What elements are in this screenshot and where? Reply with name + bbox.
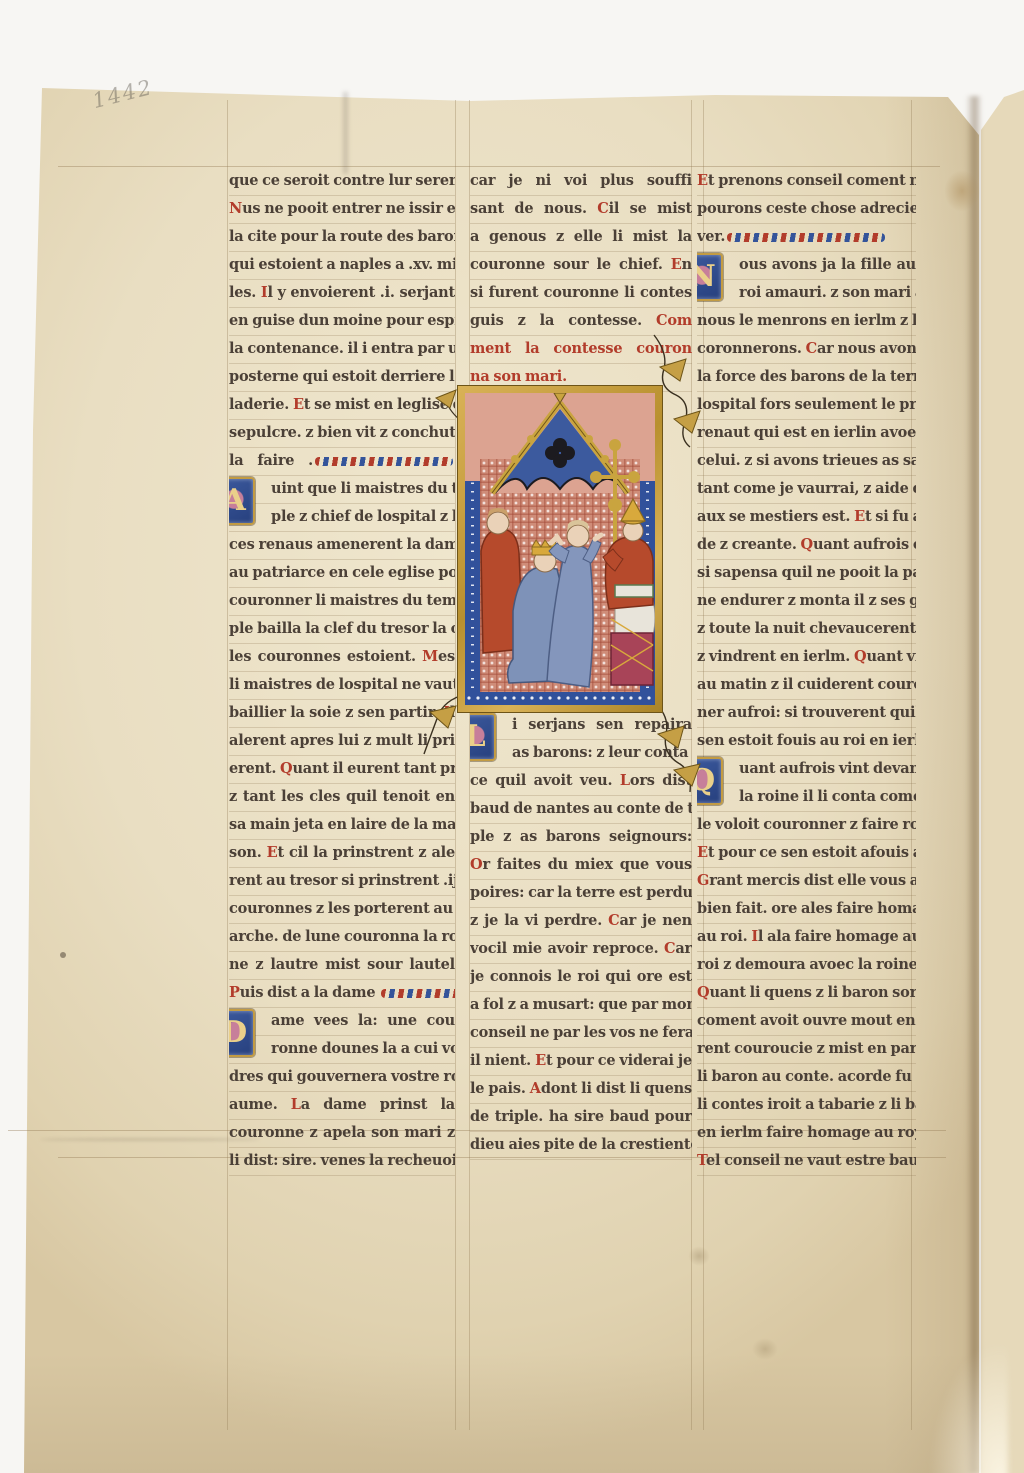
body-text: en guise dun moine pour espier — [229, 312, 455, 329]
manuscript-line: coment avoit ouvre mout en fu — [697, 1008, 916, 1036]
rubric-text: na son mari. — [470, 368, 567, 385]
manuscript-line: lospital fors seulement le prince — [697, 392, 916, 420]
body-text: t cil la prinstrent z ale — [277, 844, 455, 861]
body-text: uant li quens z li baron sorent — [709, 984, 916, 1001]
manuscript-line: son. Et cil la prinstrent z ale — [229, 840, 455, 868]
body-text: guis z la contesse. — [470, 312, 656, 329]
mitre-icon — [621, 499, 645, 524]
manuscript-line: couronne z apela son mari z — [229, 1120, 455, 1148]
stain — [688, 1246, 710, 1266]
rubric-text: A — [530, 1080, 541, 1097]
manuscript-line: ple bailla la clef du tresor la ou — [229, 616, 455, 644]
body-text: il nient. — [470, 1052, 535, 1069]
illuminated-initial: A — [229, 477, 255, 525]
body-text: ner aufroi: si trouverent quil — [697, 704, 916, 721]
manuscript-line: ces renaus amenerent la dame — [229, 532, 455, 560]
body-text: ar je nen — [619, 912, 692, 929]
text-column-1: que ce seroit contre lur seremsNus ne po… — [229, 168, 455, 1176]
rubric-text: E — [671, 256, 682, 273]
manuscript-line: li contes iroit a tabarie z li baro — [697, 1092, 916, 1120]
body-text: laderie. — [229, 396, 293, 413]
manuscript-line: couronne sour le chief. En — [470, 252, 692, 280]
figure-bishop — [603, 499, 655, 685]
body-text: tant come je vaurrai, z aide de — [697, 480, 916, 497]
body-text: li baron au conte. acorde fu que — [697, 1068, 916, 1085]
body-text: es — [438, 648, 455, 665]
manuscript-line: roi z demoura avoec la roine. — [697, 952, 916, 980]
body-text: z vindrent en ierlm. — [697, 648, 854, 665]
body-text: le voloit couronner z faire roi: — [697, 816, 916, 833]
line-filler-ornament — [315, 457, 453, 466]
manuscript-line: conseil ne par les vos ne fera — [470, 1020, 692, 1048]
coronation-miniature — [458, 386, 662, 712]
manuscript-line: li baron au conte. acorde fu que — [697, 1064, 916, 1092]
body-text: ne endurer z monta il z ses gens — [697, 592, 916, 609]
body-text: il se mist — [609, 200, 692, 217]
body-text: uant vint — [866, 648, 916, 665]
manuscript-line: nous le menrons en ierlm z le — [697, 308, 916, 336]
rubric-text: E — [697, 172, 708, 189]
body-text: couronner li maistres du tem — [229, 592, 455, 609]
manuscript-line: que ce seroit contre lur serems — [229, 168, 455, 196]
manuscript-photo: 1442 que ce seroit contre lur seremsNus … — [0, 0, 1024, 1473]
body-text: dieu aies pite de la crestiente — [470, 1136, 692, 1153]
manuscript-line: erent. Quant il eurent tant proie — [229, 756, 455, 784]
manuscript-line: sa main jeta en laire de la mai — [229, 812, 455, 840]
stain — [752, 1338, 778, 1360]
rubric-text: E — [535, 1052, 546, 1069]
manuscript-line: a genous z elle li mist la — [470, 224, 692, 252]
body-text: ame vees la: une cou — [271, 1012, 455, 1029]
manuscript-line: au roi. Il ala faire homage au — [697, 924, 916, 952]
illuminated-initial: L — [470, 713, 496, 761]
body-text: sa main jeta en laire de la mai — [229, 816, 455, 833]
manuscript-line: z tant les cles quil tenoit en — [229, 784, 455, 812]
manuscript-line: ner aufroi: si trouverent quil — [697, 700, 916, 728]
body-text: erent. — [229, 760, 280, 777]
manuscript-line: couronnes z les porterent au patri — [229, 896, 455, 924]
manuscript-line: tant come je vaurrai, z aide de — [697, 476, 916, 504]
rubric-text: L — [620, 772, 630, 789]
manuscript-line: sen estoit fouis au roi en ierlm. — [697, 728, 916, 756]
manuscript-line: rent couroucie z mist en parlemt — [697, 1036, 916, 1064]
rubric-text: M — [422, 648, 438, 665]
manuscript-line: Or faites du miex que vous — [470, 852, 692, 880]
manuscript-line: le pais. Adont li dist li quens — [470, 1076, 692, 1104]
manuscript-line: Nous avons ja la fille au — [697, 252, 916, 280]
rubric-text: O — [470, 856, 482, 873]
rubric-text: N — [229, 200, 242, 217]
manuscript-line: aux se mestiers est. Et si fu acor — [697, 504, 916, 532]
body-text: en ierlm faire homage au roy. — [697, 1124, 916, 1141]
body-text: t pour ce sen estoit afouis a lui — [708, 844, 916, 861]
manuscript-line: le voloit couronner z faire roi: — [697, 812, 916, 840]
body-text: sepulcre. z bien vit z conchut tot — [229, 424, 455, 441]
manuscript-line: laderie. Et se mist en leglise du — [229, 392, 455, 420]
body-text: li dist: sire. venes la recheuoir — [229, 1152, 455, 1169]
body-text: uis dist a la dame — [240, 984, 380, 1001]
body-text: les couronnes estoient. — [229, 648, 422, 665]
manuscript-line: Dame vees la: une cou — [229, 1008, 455, 1036]
manuscript-line: couronner li maistres du tem — [229, 588, 455, 616]
body-text: rant mercis dist elle vous aves — [709, 872, 916, 889]
body-text: ce quil avoit veu. — [470, 772, 620, 789]
rubric-text: Com — [656, 312, 692, 329]
body-text: renaut qui est en ierlin avoec — [697, 424, 916, 441]
body-text: z toute la nuit chevaucerent: — [697, 620, 916, 637]
body-text: la cite pour la route des barons — [229, 228, 455, 245]
body-text: dres qui gouvernera vostre roi — [229, 1068, 455, 1085]
manuscript-line: z toute la nuit chevaucerent: — [697, 616, 916, 644]
ivy-leaf-spray — [648, 700, 708, 795]
rubric-text: Q — [854, 648, 866, 665]
manuscript-line: au matin z il cuiderent couron — [697, 672, 916, 700]
gutter-crease — [966, 96, 982, 1473]
manuscript-line: ne z lautre mist sour lautel — [229, 952, 455, 980]
manuscript-line: ver. — [697, 224, 916, 252]
illuminated-initial: N — [697, 253, 723, 301]
page-curl-highlight — [928, 1340, 1008, 1473]
illuminated-initial: D — [229, 1009, 255, 1057]
body-text: posterne qui estoit derriere la ma — [229, 368, 455, 385]
rubric-text: C — [597, 200, 608, 217]
manuscript-line: si sapensa quil ne pooit la pai — [697, 560, 916, 588]
rubric-text: E — [293, 396, 304, 413]
manuscript-line: les couronnes estoient. Mes — [229, 644, 455, 672]
manuscript-line: posterne qui estoit derriere la ma — [229, 364, 455, 392]
rubric-text: C — [608, 912, 619, 929]
body-text: aume. — [229, 1096, 291, 1113]
body-text: l ala faire homage au — [758, 928, 916, 945]
manuscript-line: de triple. ha sire baud pour — [470, 1104, 692, 1132]
body-text: le pais. — [470, 1080, 530, 1097]
manuscript-line: Et prenons conseil coment nos — [697, 168, 916, 196]
manuscript-line: baud de nantes au conte de tri — [470, 796, 692, 824]
manuscript-line: la roine il li conta coment len — [697, 784, 916, 812]
body-text: conseil ne par les vos ne fera — [470, 1024, 692, 1041]
body-text: la force des barons de la terre z de — [697, 368, 916, 385]
manuscript-line: Tel conseil ne vaut estre baud — [697, 1148, 916, 1176]
manuscript-line: la contenance. il i entra par une — [229, 336, 455, 364]
body-text: bien fait. ore ales faire homage — [697, 900, 916, 917]
ruling-line — [455, 100, 456, 1430]
body-text: couronne z apela son mari z — [229, 1124, 455, 1141]
rubric-text: E — [267, 844, 278, 861]
line-filler-ornament — [381, 989, 455, 998]
body-text: je connois le roi qui ore est — [470, 968, 692, 985]
rubric-text: C — [806, 340, 817, 357]
body-text: couronnes z les porterent au patri — [229, 900, 455, 917]
body-text: r faites du miex que vous — [482, 856, 692, 873]
rubric-text: Q — [801, 536, 813, 553]
body-text: si furent couronne li contes — [470, 284, 692, 301]
manuscript-line: ple z chief de lospital z li prin — [229, 504, 455, 532]
body-text: les. — [229, 284, 261, 301]
manuscript-line: Quant aufrois vint devant — [697, 756, 916, 784]
body-text: uant aufrois oy ce: — [813, 536, 916, 553]
manuscript-line: en guise dun moine pour espier — [229, 308, 455, 336]
stain — [944, 170, 980, 212]
manuscript-line: Puis dist a la dame — [229, 980, 455, 1008]
body-text: ple bailla la clef du tresor la ou — [229, 620, 455, 637]
body-text: a dame prinst la — [301, 1096, 455, 1113]
miniature-figures — [465, 393, 655, 705]
body-text: roi z demoura avoec la roine. — [697, 956, 916, 973]
manuscript-line: sepulcre. z bien vit z conchut tot — [229, 420, 455, 448]
manuscript-line: celui. z si avons trieues as sarr — [697, 448, 916, 476]
body-text: el conseil ne vaut estre baud — [706, 1152, 916, 1169]
manuscript-line: de z creante. Quant aufrois oy ce: — [697, 532, 916, 560]
manuscript-line: pourons ceste chose adrecier z sau — [697, 196, 916, 224]
manuscript-line: poires: car la terre est perdue — [470, 880, 692, 908]
body-text: que ce seroit contre lur serems — [229, 172, 455, 189]
ruling-line — [227, 100, 228, 1430]
manuscript-line: vocil mie avoir reproce. Car — [470, 936, 692, 964]
body-text: ne z lautre mist sour lautel — [229, 956, 455, 973]
body-text: coment avoit ouvre mout en fu — [697, 1012, 916, 1029]
body-text: de z creante. — [697, 536, 801, 553]
body-text: ous avons ja la fille au — [739, 256, 916, 273]
manuscript-line: roi amauri. z son mari aufroi — [697, 280, 916, 308]
body-text: celui. z si avons trieues as sarr — [697, 452, 916, 469]
manuscript-line: la cite pour la route des barons — [229, 224, 455, 252]
body-text: si sapensa quil ne pooit la pai — [697, 564, 916, 581]
manuscript-line: les. Il y envoierent .i. serjant — [229, 280, 455, 308]
manuscript-line: Auint que li maistres du tem — [229, 476, 455, 504]
stain — [60, 952, 66, 958]
body-text: au roi. — [697, 928, 751, 945]
body-text: ar — [675, 940, 692, 957]
body-text: us ne pooit entrer ne issir en — [242, 200, 455, 217]
body-text: a genous z elle li mist la — [470, 228, 692, 245]
manuscript-line: aume. La dame prinst la — [229, 1092, 455, 1120]
body-text: baud de nantes au conte de tri — [470, 800, 692, 817]
manuscript-line: car je ni voi plus souffi — [470, 168, 692, 196]
manuscript-line: au patriarce en cele eglise pour li — [229, 560, 455, 588]
manuscript-line: li dist: sire. venes la recheuoir — [229, 1148, 455, 1176]
rubric-text: Q — [697, 984, 709, 1001]
rubric-text: T — [697, 1152, 706, 1169]
pinnacle-finial — [554, 393, 566, 403]
manuscript-line: la faire . — [229, 448, 455, 476]
manuscript-line: Grant mercis dist elle vous aves — [697, 868, 916, 896]
body-text: a fol z a musart: que par mon — [470, 996, 692, 1013]
body-text: l y envoierent .i. serjant — [267, 284, 455, 301]
manuscript-line: Nus ne pooit entrer ne issir en — [229, 196, 455, 224]
body-text: nous le menrons en ierlm z le — [697, 312, 916, 329]
manuscript-line: bien fait. ore ales faire homage — [697, 896, 916, 924]
body-text: la faire . — [229, 452, 313, 469]
body-text: son. — [229, 844, 267, 861]
body-text: sant de nous. — [470, 200, 597, 217]
manuscript-line: rent au tresor si prinstrent .ij. — [229, 868, 455, 896]
body-text: uint que li maistres du tem — [271, 480, 455, 497]
manuscript-line: si furent couronne li contes — [470, 280, 692, 308]
manuscript-line: z vindrent en ierlm. Quant vint — [697, 644, 916, 672]
parchment-crease — [343, 92, 348, 174]
body-text: roi amauri. z son mari aufroi — [739, 284, 916, 301]
manuscript-line: sant de nous. Cil se mist — [470, 196, 692, 224]
body-text: ple z chief de lospital z li prin — [271, 508, 455, 525]
manuscript-line: z je la vi perdre. Car je nen — [470, 908, 692, 936]
rubric-text: Q — [280, 760, 292, 777]
body-text: pourons ceste chose adrecier z sau — [697, 200, 916, 217]
line-filler-ornament — [727, 233, 885, 242]
body-text: au patriarce en cele eglise pour li — [229, 564, 455, 581]
body-text: n — [682, 256, 692, 273]
body-text: li contes iroit a tabarie z li baro — [697, 1096, 916, 1113]
body-text: ver. — [697, 228, 725, 245]
rubric-text: P — [229, 984, 240, 1001]
body-text: z tant les cles quil tenoit en — [229, 788, 455, 805]
rubric-text: G — [697, 872, 709, 889]
body-text: lospital fors seulement le prince — [697, 396, 916, 413]
manuscript-line: je connois le roi qui ore est — [470, 964, 692, 992]
body-text: dont li dist li quens — [541, 1080, 692, 1097]
manuscript-line: il nient. Et pour ce viderai je — [470, 1048, 692, 1076]
rubric-text: E — [697, 844, 708, 861]
rubric-text: L — [291, 1096, 301, 1113]
body-text: baillier la soie z sen partir. — [229, 704, 443, 721]
manuscript-line: Quant li quens z li baron sorent — [697, 980, 916, 1008]
body-text: z je la vi perdre. — [470, 912, 608, 929]
body-text: vocil mie avoir reproce. — [470, 940, 664, 957]
manuscript-line: guis z la contesse. Com — [470, 308, 692, 336]
manuscript-line: arche. de lune couronna la roi — [229, 924, 455, 952]
miniature-field — [465, 393, 655, 705]
body-text: arche. de lune couronna la roi — [229, 928, 455, 945]
body-text: t pour ce viderai je — [546, 1052, 692, 1069]
manuscript-line: a fol z a musart: que par mon — [470, 992, 692, 1020]
body-text: t si fu acor — [865, 508, 916, 525]
body-text: sen estoit fouis au roi en ierlm. — [697, 732, 916, 749]
manuscript-line: la force des barons de la terre z de — [697, 364, 916, 392]
manuscript-line: ple z as barons seignours: — [470, 824, 692, 852]
body-text: ces renaus amenerent la dame — [229, 536, 455, 553]
body-text: uant aufrois vint devant — [739, 760, 916, 777]
body-text: ple z as barons seignours: — [470, 828, 692, 845]
body-text: ronne dounes la a cui vous vo — [271, 1040, 455, 1057]
body-text: de triple. ha sire baud pour — [470, 1108, 692, 1125]
ruling-line — [58, 166, 940, 167]
manuscript-line: dres qui gouvernera vostre roi — [229, 1064, 455, 1092]
rubric-text: I — [751, 928, 758, 945]
manuscript-line: ne endurer z monta il z ses gens — [697, 588, 916, 616]
body-text: car je ni voi plus souffi — [470, 172, 692, 189]
body-text: ar nous avons — [817, 340, 916, 357]
manuscript-line: ronne dounes la a cui vous vo — [229, 1036, 455, 1064]
manuscript-line: renaut qui est en ierlin avoec — [697, 420, 916, 448]
body-text: poires: car la terre est perdue — [470, 884, 692, 901]
body-text: couronne sour le chief. — [470, 256, 671, 273]
body-text: la roine il li conta coment len — [739, 788, 916, 805]
text-column-3: Et prenons conseil coment nospourons ces… — [697, 168, 916, 1176]
figure-countess — [547, 520, 601, 687]
manuscript-line: dieu aies pite de la crestiente — [470, 1132, 692, 1160]
body-text: au matin z il cuiderent couron — [697, 676, 916, 693]
parchment-crease — [40, 1138, 260, 1141]
body-text: uant il eurent tant proie — [292, 760, 455, 777]
manuscript-line: en ierlm faire homage au roy. — [697, 1120, 916, 1148]
body-text: rent couroucie z mist en parlemt — [697, 1040, 916, 1057]
body-text: qui estoient a naples a .xv. mil — [229, 256, 455, 273]
body-text: la contenance. il i entra par une — [229, 340, 455, 357]
body-text: rent au tresor si prinstrent .ij. — [229, 872, 455, 889]
manuscript-line: coronnerons. Car nous avons — [697, 336, 916, 364]
manuscript-line: Et pour ce sen estoit afouis a lui — [697, 840, 916, 868]
rubric-text: E — [854, 508, 865, 525]
body-text: t prenons conseil coment nos — [708, 172, 916, 189]
body-text: aux se mestiers est. — [697, 508, 854, 525]
rubric-text: C — [664, 940, 675, 957]
manuscript-line: qui estoient a naples a .xv. mil — [229, 252, 455, 280]
